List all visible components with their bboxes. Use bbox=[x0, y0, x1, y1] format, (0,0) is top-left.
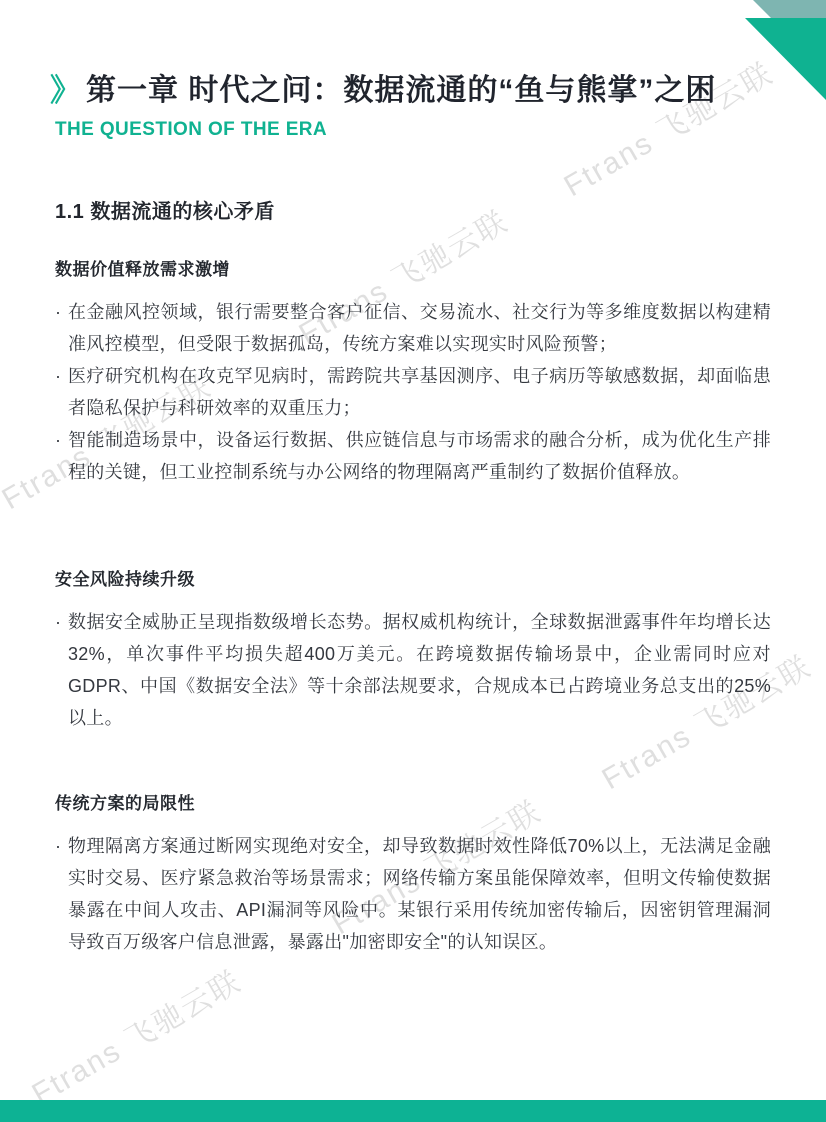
chapter-title-row: 》 第一章 时代之问：数据流通的“鱼与熊掌”之困 bbox=[50, 72, 716, 110]
corner-triangle-light bbox=[753, 0, 826, 18]
bullet-list-traditional-limits: · 物理隔离方案通过断网实现绝对安全，却导致数据时效性降低70%以上，无法满足金… bbox=[55, 830, 771, 958]
bullet-text: 智能制造场景中，设备运行数据、供应链信息与市场需求的融合分析，成为优化生产排程的… bbox=[68, 424, 771, 488]
section-heading: 1.1 数据流通的核心矛盾 bbox=[55, 195, 275, 224]
list-item: · 智能制造场景中，设备运行数据、供应链信息与市场需求的融合分析，成为优化生产排… bbox=[55, 424, 771, 488]
bullet-dot: · bbox=[55, 424, 68, 456]
watermark-text: Ftrans 飞驰云联 bbox=[22, 957, 248, 1113]
bullet-list-data-value: · 在金融风控领域，银行需要整合客户征信、交易流水、社交行为等多维度数据以构建精… bbox=[55, 296, 771, 488]
bullet-dot: · bbox=[55, 360, 68, 392]
bottom-accent-bar bbox=[0, 1100, 826, 1122]
bullet-text: 数据安全威胁正呈现指数级增长态势。据权威机构统计，全球数据泄露事件年均增长达32… bbox=[68, 606, 771, 734]
list-item: · 在金融风控领域，银行需要整合客户征信、交易流水、社交行为等多维度数据以构建精… bbox=[55, 296, 771, 360]
bullet-dot: · bbox=[55, 830, 68, 862]
list-item: · 数据安全威胁正呈现指数级增长态势。据权威机构统计，全球数据泄露事件年均增长达… bbox=[55, 606, 771, 734]
document-page: Ftrans 飞驰云联 Ftrans 飞驰云联 Ftrans 飞驰云联 Ftra… bbox=[0, 0, 826, 1122]
chapter-title: 第一章 时代之问：数据流通的“鱼与熊掌”之困 bbox=[86, 72, 716, 110]
corner-decoration-triangles bbox=[745, 0, 826, 100]
list-item: · 医疗研究机构在攻克罕见病时，需跨院共享基因测序、电子病历等敏感数据，却面临患… bbox=[55, 360, 771, 424]
bullet-text: 物理隔离方案通过断网实现绝对安全，却导致数据时效性降低70%以上，无法满足金融实… bbox=[68, 830, 771, 958]
corner-triangle-dark bbox=[745, 18, 826, 100]
bullet-text: 医疗研究机构在攻克罕见病时，需跨院共享基因测序、电子病历等敏感数据，却面临患者隐… bbox=[68, 360, 771, 424]
bullet-list-security-risk: · 数据安全威胁正呈现指数级增长态势。据权威机构统计，全球数据泄露事件年均增长达… bbox=[55, 606, 771, 734]
group-heading-traditional-limits: 传统方案的局限性 bbox=[55, 789, 195, 814]
group-heading-data-value: 数据价值释放需求激增 bbox=[55, 255, 230, 280]
chapter-subtitle-en: THE QUESTION OF THE ERA bbox=[55, 119, 327, 141]
list-item: · 物理隔离方案通过断网实现绝对安全，却导致数据时效性降低70%以上，无法满足金… bbox=[55, 830, 771, 958]
bullet-dot: · bbox=[55, 296, 68, 328]
bullet-text: 在金融风控领域，银行需要整合客户征信、交易流水、社交行为等多维度数据以构建精准风… bbox=[68, 296, 771, 360]
bullet-dot: · bbox=[55, 606, 68, 638]
double-chevron-icon: 》 bbox=[50, 72, 79, 110]
group-heading-security-risk: 安全风险持续升级 bbox=[55, 565, 195, 590]
